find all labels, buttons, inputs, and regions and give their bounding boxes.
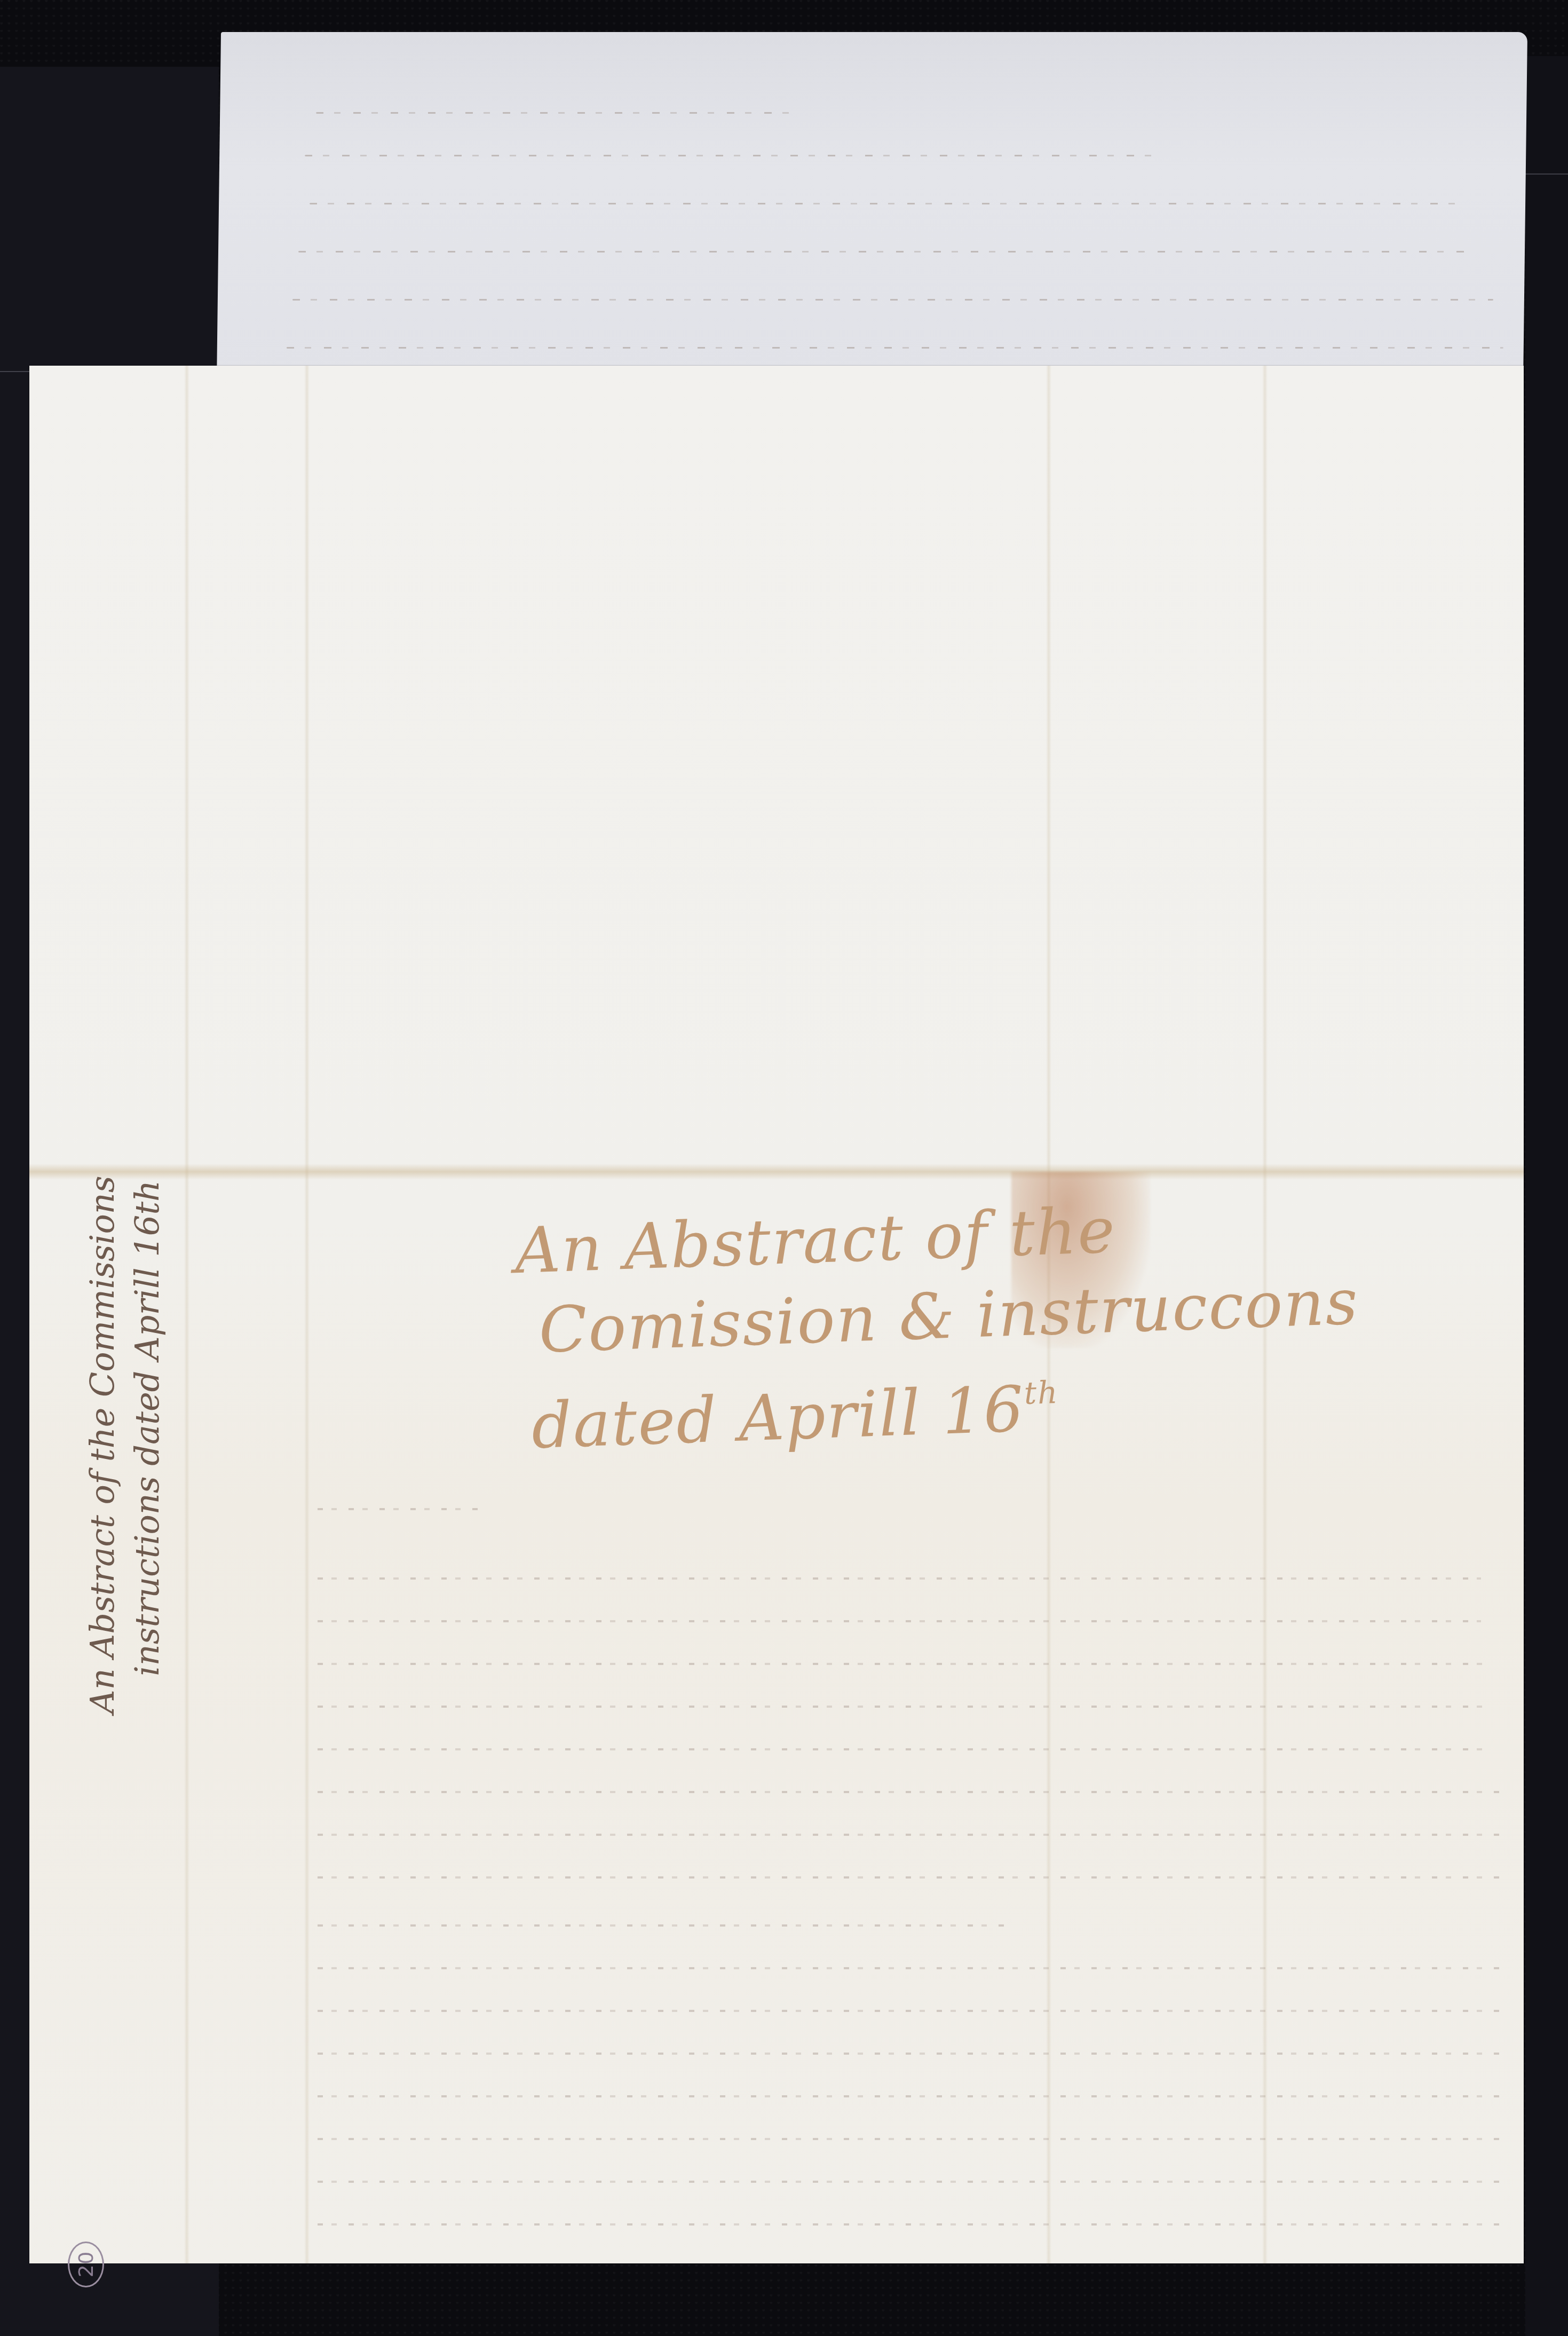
folio-number-stamp: 20 [68, 2242, 104, 2287]
bleed-through-text [292, 299, 1493, 301]
bleed-through-text [318, 2138, 1502, 2140]
bleed-through-text [318, 1706, 1492, 1708]
bleed-through-text [318, 1876, 1502, 1879]
upper-sheet [217, 32, 1527, 384]
mounting-card-right [1525, 56, 1568, 2336]
bleed-through-text [318, 2181, 1502, 2183]
bleed-through-text [298, 251, 1472, 252]
endorsement-date: dated Aprill 16 [530, 1372, 1026, 1463]
bleed-through-text [318, 1663, 1492, 1665]
bleed-through-text [318, 1924, 1011, 1927]
bleed-through-text [318, 1834, 1502, 1836]
bleed-through-text [318, 1508, 478, 1510]
vertical-fold [184, 366, 189, 2263]
card-crease [1525, 173, 1568, 175]
vertical-fold [304, 366, 310, 2263]
bleed-through-text [316, 112, 796, 114]
bleed-through-text [310, 203, 1457, 204]
vertical-side-note: An Abstract of the Commissions instructi… [80, 1176, 170, 1714]
bleed-through-text [318, 2223, 1502, 2225]
bleed-through-text [318, 2053, 1502, 2055]
bleed-through-text [318, 1967, 1502, 1969]
bleed-through-text [318, 1577, 1481, 1580]
bleed-through-text [318, 2010, 1502, 2012]
endorsement-line-3: dated Aprill 16th [519, 1352, 1077, 1466]
horizontal-fold [29, 1164, 1524, 1180]
bleed-through-text [318, 2095, 1502, 2097]
bleed-through-text [318, 1748, 1492, 1750]
endorsement-title: An Abstract of the Comission & instrucco… [513, 1191, 1077, 1466]
bleed-through-text [318, 1791, 1502, 1793]
side-note-line-1: An Abstract of the Commissions [80, 1176, 125, 1714]
bleed-through-text [318, 1620, 1481, 1622]
side-note-line-2: instructions dated Aprill 16th [125, 1176, 170, 1714]
bleed-through-text [305, 155, 1159, 156]
endorsement-date-suffix: th [1024, 1374, 1059, 1411]
bleed-through-text [287, 347, 1503, 349]
